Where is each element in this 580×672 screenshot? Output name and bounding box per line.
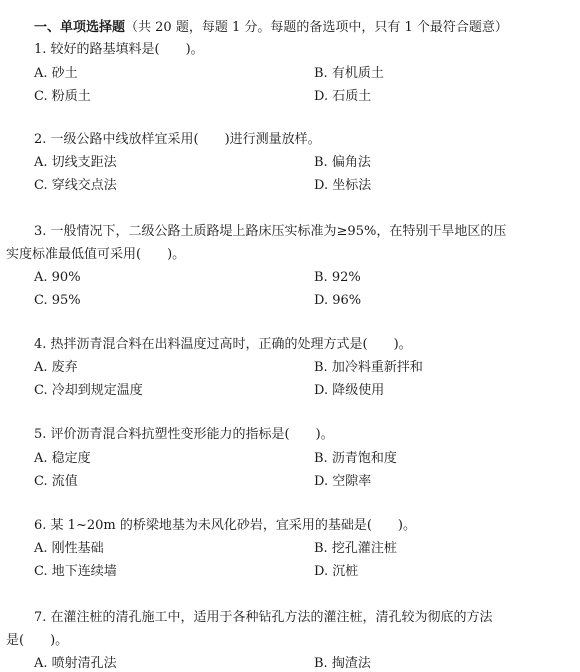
q7-option-a[interactable]: A. 喷射清孔法: [34, 656, 117, 672]
q1-option-b[interactable]: B. 有机质土: [314, 66, 384, 82]
question-5-stem: 5. 评价沥青混合料抗塑性变形能力的指标是( )。: [34, 427, 334, 443]
section-title: 一、单项选择题: [34, 20, 125, 35]
question-3-stem-cont: 实度标准最低值可采用( )。: [6, 247, 185, 263]
question-7-stem-cont: 是( )。: [6, 633, 68, 649]
q5-option-a[interactable]: A. 稳定度: [34, 451, 91, 467]
q5-option-d[interactable]: D. 空隙率: [314, 474, 371, 490]
q3-option-a[interactable]: A. 90%: [34, 270, 81, 286]
q5-option-c[interactable]: C. 流值: [34, 474, 78, 490]
q1-option-c[interactable]: C. 粉质土: [34, 89, 91, 105]
q3-option-b[interactable]: B. 92%: [314, 270, 361, 286]
q7-option-b[interactable]: B. 掏渣法: [314, 656, 371, 672]
question-1-stem: 1. 较好的路基填料是( )。: [34, 42, 204, 58]
question-7-stem: 7. 在灌注桩的清孔施工中，适用于各种钻孔方法的灌注桩，清孔较为彻底的方法: [34, 610, 493, 626]
q6-option-b[interactable]: B. 挖孔灌注桩: [314, 541, 397, 557]
question-4-stem: 4. 热拌沥青混合料在出料温度过高时，正确的处理方式是( )。: [34, 337, 412, 353]
q2-option-c[interactable]: C. 穿线交点法: [34, 178, 117, 194]
question-6-stem: 6. 某 1~20m 的桥梁地基为未风化砂岩，宜采用的基础是( )。: [34, 518, 416, 534]
q6-option-a[interactable]: A. 刚性基础: [34, 541, 104, 557]
q2-option-b[interactable]: B. 偏角法: [314, 155, 371, 171]
question-2-stem: 2. 一级公路中线放样宜采用( )进行测量放样。: [34, 132, 321, 148]
q2-option-d[interactable]: D. 坐标法: [314, 178, 371, 194]
section-heading: 一、单项选择题（共 20 题，每题 1 分。每题的备选项中，只有 1 个最符合题…: [34, 20, 508, 36]
q4-option-c[interactable]: C. 冷却到规定温度: [34, 383, 143, 399]
q3-option-c[interactable]: C. 95%: [34, 293, 81, 309]
q4-option-b[interactable]: B. 加冷料重新拌和: [314, 360, 423, 376]
q2-option-a[interactable]: A. 切线支距法: [34, 155, 117, 171]
section-note: （共 20 题，每题 1 分。每题的备选项中，只有 1 个最符合题意）: [125, 20, 508, 35]
q6-option-c[interactable]: C. 地下连续墙: [34, 564, 117, 580]
q1-option-a[interactable]: A. 砂土: [34, 66, 78, 82]
q1-option-d[interactable]: D. 石质土: [314, 89, 371, 105]
q4-option-a[interactable]: A. 废弃: [34, 360, 78, 376]
question-3-stem: 3. 一般情况下，二级公路土质路堤上路床压实标准为≥95%，在特别干旱地区的压: [34, 224, 506, 240]
q5-option-b[interactable]: B. 沥青饱和度: [314, 451, 397, 467]
q3-option-d[interactable]: D. 96%: [314, 293, 361, 309]
q4-option-d[interactable]: D. 降级使用: [314, 383, 384, 399]
q6-option-d[interactable]: D. 沉桩: [314, 564, 358, 580]
